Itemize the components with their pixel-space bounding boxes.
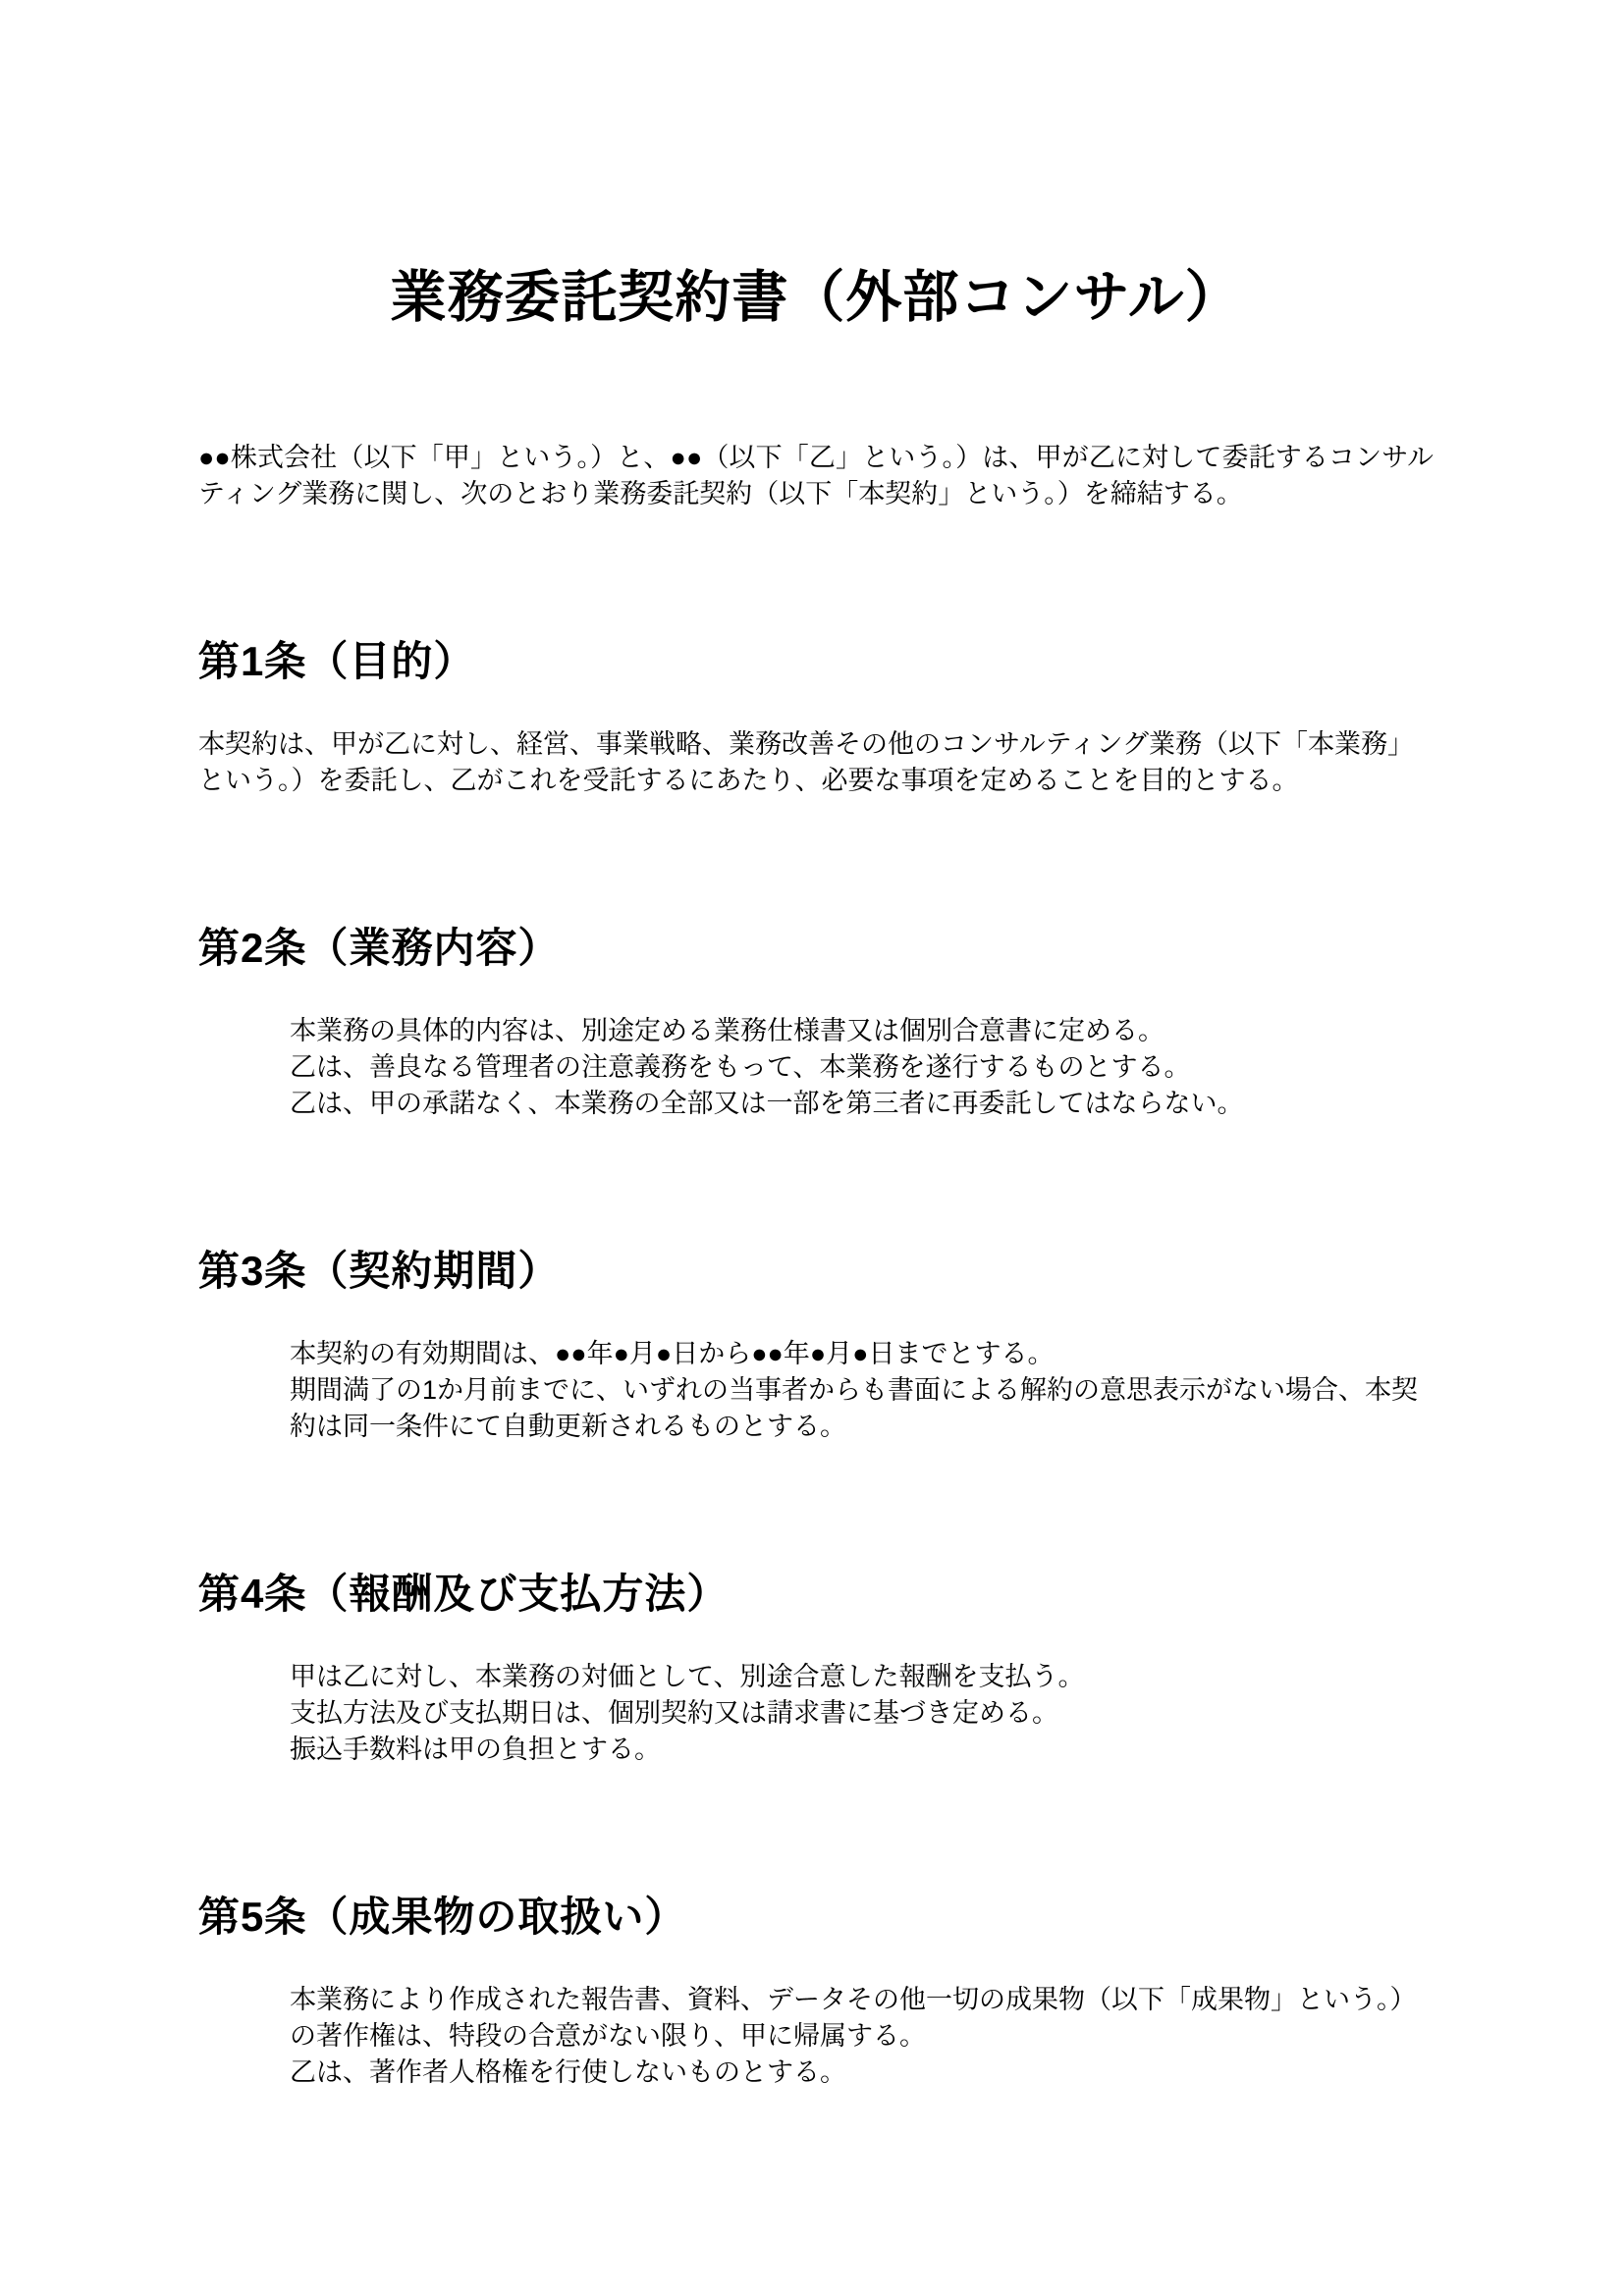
section-paragraph: 乙は、甲の承諾なく、本業務の全部又は一部を第三者に再委託してはならない。 — [290, 1086, 1434, 1122]
section-article-3: 第3条（契約期間） 本契約の有効期間は、●●年●月●日から●●年●月●日までとす… — [198, 1246, 1434, 1445]
section-heading-article-3: 第3条（契約期間） — [198, 1246, 1434, 1297]
section-heading-article-1: 第1条（目的） — [198, 636, 1434, 687]
section-heading-article-5: 第5条（成果物の取扱い） — [198, 1892, 1434, 1943]
section-heading-article-2: 第2条（業務内容） — [198, 923, 1434, 974]
section-body-article-4: 甲は乙に対し、本業務の対価として、別途合意した報酬を支払う。 支払方法及び支払期… — [290, 1659, 1434, 1768]
section-body-article-3: 本契約の有効期間は、●●年●月●日から●●年●月●日までとする。 期間満了の1か… — [290, 1336, 1434, 1445]
section-article-1: 第1条（目的） 本契約は、甲が乙に対し、経営、事業戦略、業務改善その他のコンサル… — [198, 636, 1434, 799]
section-body-article-1: 本契約は、甲が乙に対し、経営、事業戦略、業務改善その他のコンサルティング業務（以… — [198, 726, 1434, 799]
section-paragraph: 本契約の有効期間は、●●年●月●日から●●年●月●日までとする。 — [290, 1336, 1434, 1372]
intro-paragraph: ●●株式会社（以下「甲」という。）と、●●（以下「乙」という。）は、甲が乙に対し… — [198, 440, 1434, 512]
section-paragraph: 乙は、著作者人格権を行使しないものとする。 — [290, 2055, 1434, 2091]
section-article-4: 第4条（報酬及び支払方法） 甲は乙に対し、本業務の対価として、別途合意した報酬を… — [198, 1569, 1434, 1768]
section-body-article-5: 本業務により作成された報告書、資料、データその他一切の成果物（以下「成果物」とい… — [290, 1982, 1434, 2091]
section-heading-article-4: 第4条（報酬及び支払方法） — [198, 1569, 1434, 1620]
section-paragraph: 振込手数料は甲の負担とする。 — [290, 1732, 1434, 1768]
section-paragraph: 本契約は、甲が乙に対し、経営、事業戦略、業務改善その他のコンサルティング業務（以… — [198, 726, 1434, 799]
section-paragraph: 乙は、善良なる管理者の注意義務をもって、本業務を遂行するものとする。 — [290, 1049, 1434, 1086]
section-body-article-2: 本業務の具体的内容は、別途定める業務仕様書又は個別合意書に定める。 乙は、善良な… — [290, 1013, 1434, 1122]
section-paragraph: 本業務により作成された報告書、資料、データその他一切の成果物（以下「成果物」とい… — [290, 1982, 1434, 2055]
section-paragraph: 支払方法及び支払期日は、個別契約又は請求書に基づき定める。 — [290, 1695, 1434, 1732]
page-title: 業務委託契約書（外部コンサル） — [198, 0, 1434, 330]
section-article-2: 第2条（業務内容） 本業務の具体的内容は、別途定める業務仕様書又は個別合意書に定… — [198, 923, 1434, 1122]
section-article-5: 第5条（成果物の取扱い） 本業務により作成された報告書、資料、データその他一切の… — [198, 1892, 1434, 2091]
section-paragraph: 本業務の具体的内容は、別途定める業務仕様書又は個別合意書に定める。 — [290, 1013, 1434, 1049]
section-paragraph: 甲は乙に対し、本業務の対価として、別途合意した報酬を支払う。 — [290, 1659, 1434, 1695]
section-paragraph: 期間満了の1か月前までに、いずれの当事者からも書面による解約の意思表示がない場合… — [290, 1372, 1434, 1445]
contract-document-page: 業務委託契約書（外部コンサル） ●●株式会社（以下「甲」という。）と、●●（以下… — [0, 0, 1624, 2296]
